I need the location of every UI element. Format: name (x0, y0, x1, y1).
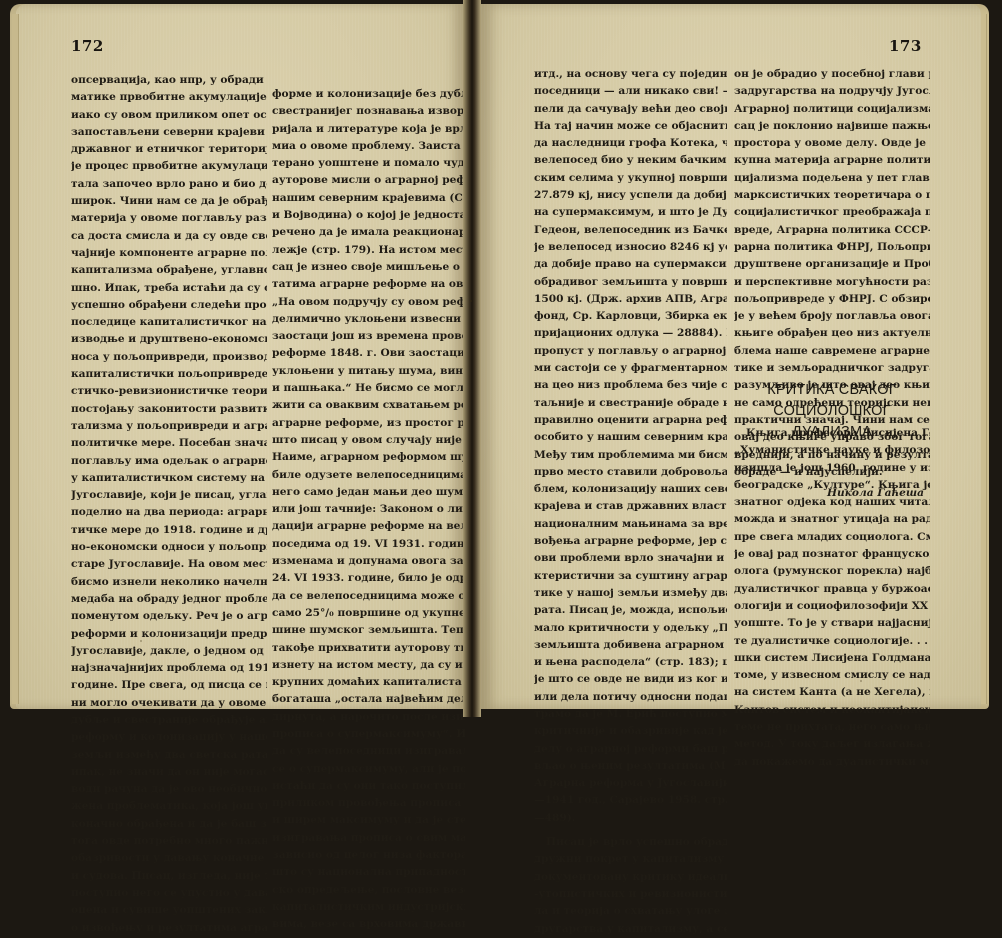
right-column-2-article: Књига професора Лисијена Голдмана„Хумани… (734, 425, 930, 717)
text-line: је у већем броју поглавља овога дела (734, 308, 930, 325)
text-line: рарна политика ФНРЈ, Пољопривредне (734, 239, 930, 256)
text-line: што писац у овом случају није у праву. (272, 432, 465, 449)
text-line: речено да је имала реакционарно обе- (272, 224, 465, 241)
text-line: Југославије, дакле, о једном од њених (71, 643, 267, 660)
text-line: жити са оваквим схватањем резултата (272, 397, 465, 414)
text-line: поделио на два периода: аграрно-поли- (71, 504, 267, 521)
text-line: уопште. То је у ствари најјаснији резиме (734, 615, 930, 632)
page-number-right: 173 (889, 37, 922, 55)
text-line: задругарства на подручју Југославије. (734, 83, 930, 100)
text-line: друштвене организације и Проблеми (734, 256, 930, 273)
text-line: знатног одјека код наших читалаца, па (734, 494, 930, 511)
right-column-1: итд., на основу чега су поједини веле-по… (534, 66, 727, 717)
text-line: или дела потичу односни подаци. Сма- (534, 689, 727, 706)
text-line: да добије право на супермаксимум (534, 256, 727, 273)
text-line: него само један мањи део шума, (272, 484, 465, 501)
text-line: ни могло очекивати да у овоме делу (71, 695, 267, 712)
text-line: поседима од 19. VI 1931. године, са (272, 536, 465, 553)
text-line: дуалистичког правца у буржоаској соци- (734, 581, 930, 598)
text-line: Аграрној политици социјализма пи- (734, 101, 930, 118)
text-line: олога (румунског порекла) најбољи израз (734, 563, 930, 580)
text-line: да наследници грофа Котека, чији је (534, 135, 727, 152)
text-line: ским селима у укупној површини од (534, 170, 727, 187)
text-line: свестранијег познавања изворног мате- (272, 103, 465, 120)
text-line: такође прихватити ауторову тврдњу, (272, 640, 465, 657)
text-line: вреде, Аграрна политика СССР-а, Аг- (734, 222, 930, 239)
text-line: лежје (стр. 179). На истом месту пи- (272, 242, 465, 259)
text-line: тичке мере до 1918. године и друштве- (71, 522, 267, 539)
text-line: мало критичности у одељку „Површина (534, 620, 727, 637)
text-line: је овај рад познатог француског соци- (734, 546, 930, 563)
text-line: крајева и став државних власти према (534, 498, 727, 515)
text-line: уклоњени у питању шума, винограда (272, 363, 465, 380)
text-line: прво место ставили добровољачки про- (534, 464, 727, 481)
text-line: земљишта добивена аграрном реформом (534, 637, 727, 654)
text-line: матике првобитне акумулације капитала, (71, 89, 267, 106)
text-line: иако су овом приликом опет остали (71, 107, 267, 124)
text-line: социјалистичког преображаја пољопри- (734, 204, 930, 221)
text-line: велепосед био у неким бачким и срем- (534, 152, 727, 169)
text-line: на систем Канта (а не Хегела), мада (734, 684, 930, 701)
text-line: „На овом подручју су овом реформом (272, 294, 465, 311)
book-spread: 172 опсервација, као нпр, у обради пробл… (0, 0, 1002, 717)
text-line: и њена расподела“ (стр. 183); штета (534, 654, 727, 671)
text-line: постојању законитости развитка капи- (71, 401, 267, 418)
text-line: те дуалистичке социологије. . . Социоло- (734, 633, 930, 650)
text-line: Кантов систем и неокантијанске сис- (734, 702, 930, 717)
text-line: 27.879 кј, нису успели да добију право (534, 187, 727, 204)
text-line: ови проблеми врло значајни и кара- (534, 550, 727, 567)
page-edge-stack (981, 14, 987, 704)
text-line: је процес првобитне акумулације капи- (71, 158, 267, 175)
text-line: ологији и социофилозофији XX века (734, 598, 930, 615)
text-line: 1500 кј. (Држ. архив АПВ, Аграрни (534, 291, 727, 308)
text-line: делимично уклоњени извесни феудални (272, 311, 465, 328)
text-line: медаба на обраду једног проблема у (71, 591, 267, 608)
section-heading-line-1: КРИТИКА СВАКОГ СОЦИОЛОШКОГ (725, 380, 939, 422)
text-line: таљније и свестраније обраде не може (534, 395, 727, 412)
text-line: и перспективне могућности развитка (734, 274, 930, 291)
paper-speck (860, 680, 862, 682)
text-line: књиге обрађен цео низ актуелних про- (734, 325, 930, 342)
text-line: чајније компоненте аграрне политике (71, 245, 267, 262)
text-line: стичко-ревизионистичке теорије о не- (71, 383, 267, 400)
text-line: заостаци још из времена провођења (272, 328, 465, 345)
text-line: купна материја аграрне политике со- (734, 152, 930, 169)
text-line: тике у нашој земљи између два светска (534, 585, 727, 602)
text-line: поглављу има одељак о аграрној политици (71, 453, 267, 470)
text-line: поменутом одељку. Реч је о аграрној (71, 608, 267, 625)
left-page: 172 опсервација, као нпр, у обради пробл… (10, 4, 463, 709)
text-line: цијализма подељена у пет глава: Став (734, 170, 930, 187)
text-line: вођења аграрне реформе, јер су сви (534, 533, 727, 550)
text-line: крупних домаћих капиталиста и сеоских (272, 674, 465, 691)
text-line: и Војводина) о којој је једноставно (272, 207, 465, 224)
text-line: обрадивог земљишта у површини од (534, 274, 727, 291)
book-gutter (463, 0, 481, 717)
text-line: Наиме, аграрном реформом шуме нису (272, 449, 465, 466)
text-line: политичке мере. Посебан значај у овоме (71, 435, 267, 452)
text-line: и пашњака.“ Не бисмо се могли сло- (272, 380, 465, 397)
text-line: блема наше савремене аграрне поли- (734, 343, 930, 360)
text-line: је велепосед износио 8246 кј успео (534, 239, 727, 256)
text-line: изишла је још 1960. године у издању (734, 460, 930, 477)
text-line: ми састоји се у фрагментарном осврту (534, 360, 727, 377)
text-line: изменама и допунама овога закона од (272, 553, 465, 570)
text-line: сац је поклонио највише пажње и (734, 118, 930, 135)
text-line: тала започео врло рано и био доста (71, 176, 267, 193)
page-number-left: 172 (71, 37, 104, 55)
text-line: материја у овоме поглављу разврстана (71, 210, 267, 227)
text-line: рата. Писац је, можда, испољио такође (534, 602, 727, 619)
text-line: капиталистички пољопривреде, идеали- (71, 366, 267, 383)
text-line: старе Југославије. На овом месту ми (71, 556, 267, 573)
text-line: Књига професора Лисијена Голдмана (734, 425, 930, 442)
text-line: реформе 1848. г. Ови заостаци су (272, 345, 465, 362)
text-line: ауторове мисли о аграрној реформи у (272, 172, 465, 189)
paper-speck (470, 300, 472, 302)
text-line: Гедеон, велепоседник из Бачке, чији (534, 222, 727, 239)
text-line: но-економски односи у пољопривреди (71, 539, 267, 556)
text-line: у капиталистичком систему на подручју (71, 470, 267, 487)
right-page: 173 итд., на основу чега су поједини вел… (481, 4, 989, 709)
text-line: пријационих одлука — 28884). Посебан (534, 325, 727, 342)
left-column-1: опсервација, као нпр, у обради пробле-ма… (71, 72, 267, 717)
text-line: дацији аграрне реформе на великим (272, 518, 465, 535)
text-line: шно. Ипак, треба истаћи да су особито (71, 280, 267, 297)
text-line: да се велепоседницима може одузети (272, 588, 465, 605)
page-edge-stack (12, 14, 19, 704)
text-line: богаташа „остала највећим делом не- (272, 691, 465, 708)
text-line: нашим северним крајевима (Славонија (272, 190, 465, 207)
text-line: изнету на истом месту, да су имања (272, 657, 465, 674)
text-line: можда и знатног утицаја на рад неких, (734, 511, 930, 528)
text-line: последице капиталистичког начина про- (71, 314, 267, 331)
text-line: на супермаксимум, и што је Дунђерски (534, 204, 727, 221)
text-line: терано уопштене и помало чудне неке (272, 155, 465, 172)
text-line: шине шумског земљишта. Тешко је (272, 622, 465, 639)
text-line: године. Пре свега, од писца се није (71, 677, 267, 694)
text-line: блем, колонизацију наших северних (534, 481, 727, 498)
text-line: татима аграрне реформе на овај начин: (272, 276, 465, 293)
text-line: пели да сачувају већи део својих имања. (534, 101, 727, 118)
text-line: опсервација, као нпр, у обради пробле- (71, 72, 267, 89)
text-line: фонд, Ср. Карловци, Збирка експро- (534, 308, 727, 325)
text-line: дирнута, а нарочито после изигравања (272, 709, 465, 717)
text-line: пре свега младих социолога. Сматрам да (734, 529, 930, 546)
text-line: изводње и друштвено-економских од- (71, 331, 267, 348)
paper-speck (140, 640, 142, 642)
text-line: запостављени северни крајеви наше (71, 124, 267, 141)
text-line: најзначајнијих проблема од 1918-1941. (71, 660, 267, 677)
left-column-2: форме и колонизације без дубљег исвестра… (272, 86, 465, 717)
text-line: је што се овде не види из ког извора (534, 671, 727, 688)
text-line: ктеристични за суштину аграрне поли- (534, 568, 727, 585)
text-line: или још тачније: Законом о ликви- (272, 501, 465, 518)
text-line: државног и етничког територија, где (71, 141, 267, 158)
text-line: На тај начин може се објаснити појава (534, 118, 727, 135)
text-line: Југославије, који је писац, углавном, (71, 487, 267, 504)
text-line: форме и колонизације без дубљег и (272, 86, 465, 103)
text-line: пропуст у поглављу о аграрној рефор- (534, 343, 727, 360)
text-line: поседници — али никако сви! — ус- (534, 83, 727, 100)
text-line: шки систем Лисијена Голдмана, према (734, 650, 930, 667)
text-line: само 25°/₀ површине од укупне повр- (272, 605, 465, 622)
text-line: пољопривреде у ФНРЈ. С обзиром да (734, 291, 930, 308)
text-line: успешно обрађени следећи проблеми: (71, 297, 267, 314)
text-line: дубље и свестраније обрађује аграрну (71, 712, 267, 717)
text-line: аграрне реформе, из простог разлога (272, 415, 465, 432)
text-line: миа о овоме проблему. Заиста су пре- (272, 138, 465, 155)
text-line: он је обрадио у посебној глави развитак (734, 66, 930, 83)
text-line: итд., на основу чега су поједини веле- (534, 66, 727, 83)
text-line: „Хуманистичке науке и филозофија“ (734, 442, 930, 459)
text-line: капитализма обрађене, углавном, успе- (71, 262, 267, 279)
text-line: сац је изнео своје мишљење о резул- (272, 259, 465, 276)
text-line: 24. VI 1933. године, било је одређено (272, 570, 465, 587)
text-line: биле одузете велепоседницима у целини, (272, 467, 465, 484)
text-line: тализма у пољопривреди и аграрно- (71, 418, 267, 435)
text-line: бисмо изнели неколико начелних при- (71, 574, 267, 591)
text-line: носа у пољопривреди, производне снаге (71, 349, 267, 366)
text-line: на цео низ проблема без чије се де- (534, 377, 727, 394)
text-line: широк. Чини нам се да је обрађена (71, 193, 267, 210)
text-line: трамо да је М. Ерић поступио много (534, 706, 727, 717)
text-line: ријала и литературе која је врло оби- (272, 121, 465, 138)
text-line: са доста смисла и да су овде све зна- (71, 228, 267, 245)
text-line: правилно оценити аграрна реформа, а (534, 412, 727, 429)
text-line: простора у овоме делу. Овде је цело- (734, 135, 930, 152)
text-line: Међу тим проблемима ми бисмо на (534, 447, 727, 464)
text-line: реформи и колонизацији предратне (71, 626, 267, 643)
text-line: тике и земљорадничког задругарства, (734, 360, 930, 377)
text-line: марксистичких теоретичара о питању (734, 187, 930, 204)
text-line: томе, у извесном смислу се надовезује (734, 667, 930, 684)
text-line: београдске „Културе“. Књига је имала (734, 477, 930, 494)
text-line: особито у нашим северним крајевима. (534, 429, 727, 446)
text-line: националним мањинама за време про- (534, 516, 727, 533)
